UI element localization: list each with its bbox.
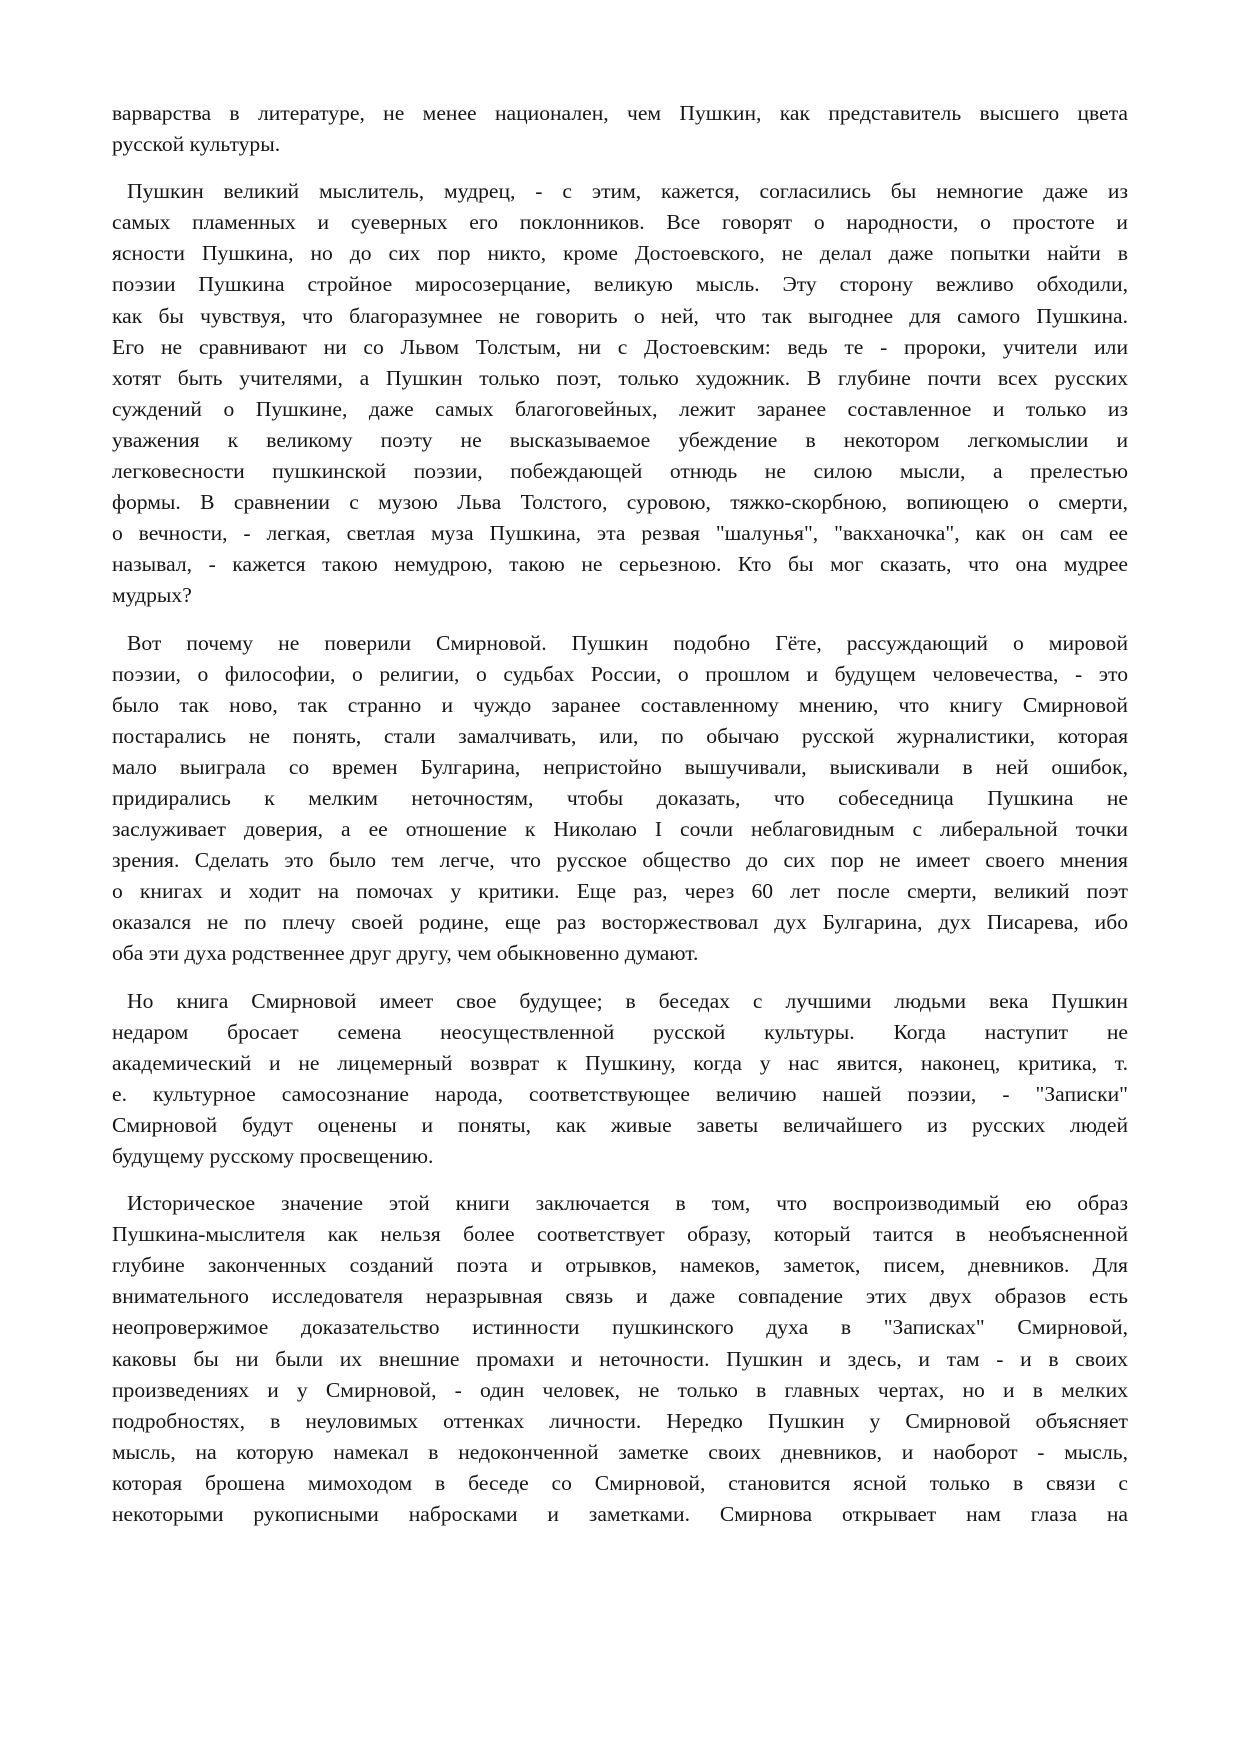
text-line: мало выиграла со времен Булгарина, непри… xyxy=(112,752,1128,783)
text-line: формы. В сравнении с музою Льва Толстого… xyxy=(112,487,1128,518)
text-line: будущему русскому просвещению. xyxy=(112,1141,1128,1172)
text-line: о книгах и ходит на помочах у критики. Е… xyxy=(112,876,1128,907)
paragraph-5: Историческое значение этой книги заключа… xyxy=(112,1188,1128,1530)
text-line: произведениях и у Смирновой, - один чело… xyxy=(112,1375,1128,1406)
text-line: е. культурное самосознание народа, соотв… xyxy=(112,1079,1128,1110)
text-line: подробностях, в неуловимых оттенках личн… xyxy=(112,1406,1128,1437)
body-text-column: варварства в литературе, не менее национ… xyxy=(112,98,1128,1546)
text-line: оба эти духа родственнее друг другу, чем… xyxy=(112,938,1128,969)
text-line: академический и не лицемерный возврат к … xyxy=(112,1048,1128,1079)
text-line: Но книга Смирновой имеет свое будущее; в… xyxy=(112,986,1128,1017)
text-line: заслуживает доверия, а ее отношение к Ни… xyxy=(112,814,1128,845)
text-line: называл, - кажется такою немудрою, такою… xyxy=(112,549,1128,580)
text-line: о вечности, - легкая, светлая муза Пушки… xyxy=(112,518,1128,549)
text-line: русской культуры. xyxy=(112,129,1128,160)
document-page: варварства в литературе, не менее национ… xyxy=(0,0,1242,1755)
text-line: варварства в литературе, не менее национ… xyxy=(112,98,1128,129)
text-line: которая брошена мимоходом в беседе со См… xyxy=(112,1468,1128,1499)
paragraph-3: Вот почему не поверили Смирновой. Пушкин… xyxy=(112,628,1128,970)
text-line: легковесности пушкинской поэзии, побежда… xyxy=(112,456,1128,487)
text-line: поэзии Пушкина стройное миросозерцание, … xyxy=(112,269,1128,300)
paragraph-4: Но книга Смирновой имеет свое будущее; в… xyxy=(112,986,1128,1173)
text-line: суждений о Пушкине, даже самых благогове… xyxy=(112,394,1128,425)
text-line: Пушкин великий мыслитель, мудрец, - с эт… xyxy=(112,176,1128,207)
text-line: самых пламенных и суеверных его поклонни… xyxy=(112,207,1128,238)
text-line: придирались к мелким неточностям, чтобы … xyxy=(112,783,1128,814)
text-line: глубине законченных созданий поэта и отр… xyxy=(112,1250,1128,1281)
text-line: мысль, на которую намекал в недоконченно… xyxy=(112,1437,1128,1468)
text-line: Его не сравнивают ни со Львом Толстым, н… xyxy=(112,332,1128,363)
text-line: каковы бы ни были их внешние промахи и н… xyxy=(112,1344,1128,1375)
text-line: Пушкина-мыслителя как нельзя более соотв… xyxy=(112,1219,1128,1250)
text-line: ясности Пушкина, но до сих пор никто, кр… xyxy=(112,238,1128,269)
text-line: постарались не понять, стали замалчивать… xyxy=(112,721,1128,752)
text-line: зрения. Сделать это было тем легче, что … xyxy=(112,845,1128,876)
text-line: Историческое значение этой книги заключа… xyxy=(112,1188,1128,1219)
text-line: недаром бросает семена неосуществленной … xyxy=(112,1017,1128,1048)
text-line: поэзии, о философии, о религии, о судьба… xyxy=(112,659,1128,690)
text-line: Смирновой будут оценены и поняты, как жи… xyxy=(112,1110,1128,1141)
text-line: неопровержимое доказательство истинности… xyxy=(112,1312,1128,1343)
text-line: уважения к великому поэту не высказываем… xyxy=(112,425,1128,456)
text-line: Вот почему не поверили Смирновой. Пушкин… xyxy=(112,628,1128,659)
text-line: мудрых? xyxy=(112,580,1128,611)
text-line: как бы чувствуя, что благоразумнее не го… xyxy=(112,301,1128,332)
text-line: хотят быть учителями, а Пушкин только по… xyxy=(112,363,1128,394)
text-line: было так ново, так странно и чуждо заран… xyxy=(112,690,1128,721)
paragraph-2: Пушкин великий мыслитель, мудрец, - с эт… xyxy=(112,176,1128,611)
text-line: некоторыми рукописными набросками и заме… xyxy=(112,1499,1128,1530)
text-line: внимательного исследователя неразрывная … xyxy=(112,1281,1128,1312)
text-line: оказался не по плечу своей родине, еще р… xyxy=(112,907,1128,938)
paragraph-1: варварства в литературе, не менее национ… xyxy=(112,98,1128,160)
